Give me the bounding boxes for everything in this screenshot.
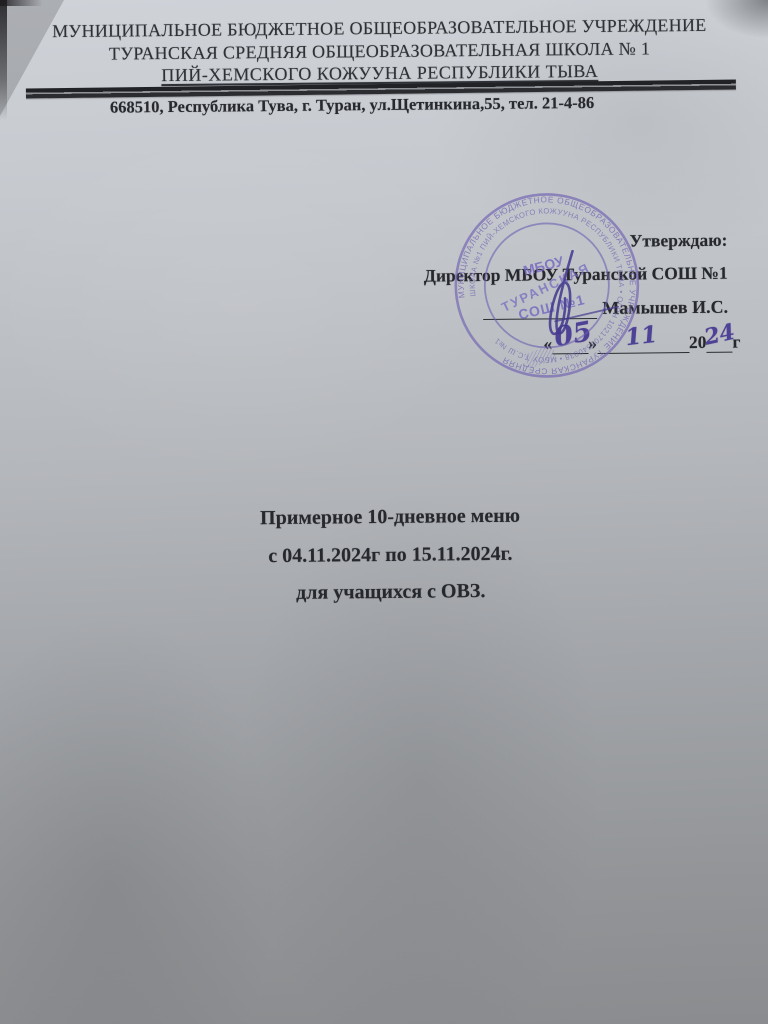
document-page: МУНИЦИПАЛЬНОЕ БЮДЖЕТНОЕ ОБЩЕОБРАЗОВАТЕЛЬ… — [0, 0, 768, 1024]
menu-title-line-3: для учащихся с ОВЗ. — [7, 577, 768, 607]
date-year-handwritten: 24 — [702, 319, 738, 351]
date-year-blank: 24 — [706, 330, 732, 353]
stamp-hatch-mark — [524, 344, 557, 369]
menu-title-line-2: с 04.11.2024г по 15.11.2024г. — [6, 540, 768, 570]
school-stamp: МУНИЦИПАЛЬНОЕ БЮДЖЕТНОЕ ОБЩЕОБРАЗОВАТЕЛЬ… — [451, 190, 643, 382]
approve-label: Утверждаю: — [629, 230, 727, 252]
photo-of-document: МУНИЦИПАЛЬНОЕ БЮДЖЕТНОЕ ОБЩЕОБРАЗОВАТЕЛЬ… — [0, 0, 768, 1024]
school-stamp-svg: МУНИЦИПАЛЬНОЕ БЮДЖЕТНОЕ ОБЩЕОБРАЗОВАТЕЛЬ… — [451, 190, 643, 382]
menu-title-line-1: Примерное 10-дневное меню — [6, 502, 768, 532]
